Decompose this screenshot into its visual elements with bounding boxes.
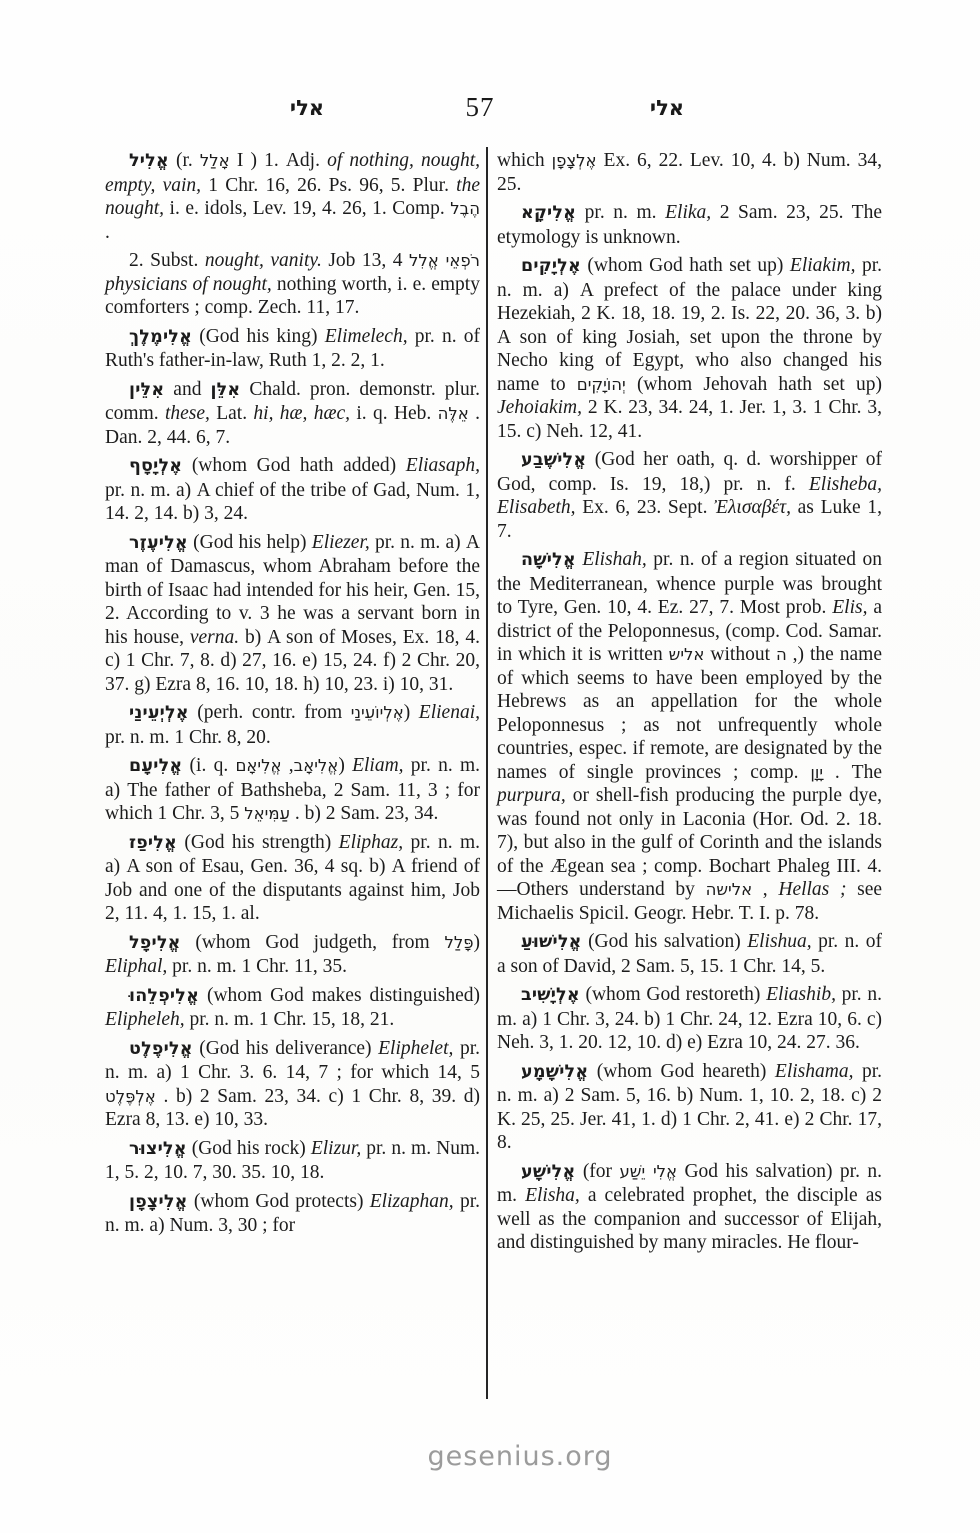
entry-text: I ) 1. Adj.	[230, 150, 327, 171]
hebrew-inline: אֱלִיאָם	[235, 756, 281, 775]
entry-text: (whom God judgeth, from	[181, 932, 445, 953]
entry-text: (whom Jehovah hath set up)	[626, 374, 882, 395]
entry-text: pr. n. m. a) A chief of the tribe of Gad…	[105, 480, 480, 525]
italic-text: Elizaphan,	[370, 1191, 454, 1212]
entry-text: pr. n. m. 1 Chr. 8, 20.	[105, 727, 271, 748]
entry-text: (God his help)	[188, 532, 312, 553]
italic-text: Elishama,	[775, 1061, 854, 1082]
italic-text: nought, vanity.	[205, 250, 322, 271]
hebrew-headword: אִלֵּן	[210, 380, 240, 400]
italic-text: Elizur,	[311, 1138, 361, 1159]
hebrew-inline: רֹפְאֵי אֱלִל	[409, 251, 480, 270]
hebrew-headword: אֱלִיצוּר	[129, 1139, 187, 1159]
entry-text: (r.	[169, 150, 200, 171]
hebrew-inline: עַמִּיאֵל	[244, 804, 290, 823]
footer-watermark: gesenius.org	[427, 1441, 612, 1472]
italic-text: Eliphaz,	[339, 832, 403, 853]
italic-text: these,	[165, 403, 210, 424]
hebrew-inline: פָּלַל	[444, 933, 473, 952]
entry-text: which	[497, 150, 552, 171]
entry-text: (God his strength)	[177, 832, 339, 853]
hebrew-inline: אֵלֶּה	[438, 404, 469, 423]
italic-text: Elipheleh,	[105, 1009, 185, 1030]
entry-text: Job 13, 4	[322, 250, 409, 271]
entry-text: (whom God makes distinguished)	[199, 985, 480, 1006]
scanned-lexicon-page: אלי 57 אלי אֱלִיל (r. אָלַל I ) 1. Adj. …	[0, 0, 980, 1533]
page-number: 57	[466, 92, 495, 123]
italic-text: Elienai,	[419, 702, 480, 723]
entry-text: (whom God restoreth)	[580, 984, 766, 1005]
column-divider	[486, 147, 488, 1399]
hebrew-headword: אֱלִיעָם	[129, 756, 182, 776]
italic-text: Eliphal,	[105, 956, 167, 977]
dictionary-entry: אֱלִיצוּר (God his rock) Elizur, pr. n. …	[105, 1137, 480, 1185]
greek-text: Ἐλισαβέτ,	[714, 497, 791, 518]
entry-text: (God his rock)	[187, 1138, 311, 1159]
entry-text: ,	[752, 879, 778, 900]
hebrew-headword: אֱלִישֶׁבַע	[521, 450, 586, 470]
hebrew-inline: יָוָן	[810, 763, 823, 782]
italic-text: Eliashib,	[766, 984, 836, 1005]
italic-text: Hellas ;	[778, 879, 846, 900]
dictionary-entry: אֶלְיָקִים (whom God hath set up) Eliaki…	[497, 254, 882, 443]
italic-text: Elishua,	[747, 931, 811, 952]
entry-text: (whom God hath added)	[182, 455, 406, 476]
entry-text: 1 Chr. 16, 26. Ps. 96, 5. Plur.	[201, 175, 456, 196]
hebrew-inline: יְהוֹיָקִים	[577, 375, 626, 394]
entry-text: . b) 2 Sam. 23, 34. c) 1 Chr. 8, 39. d) …	[105, 1086, 480, 1131]
italic-text: Eliakim,	[790, 255, 856, 276]
italic-text: verna.	[190, 627, 239, 648]
hebrew-inline: אָלַל	[200, 151, 230, 170]
hebrew-headword: אִלֵּין	[129, 380, 164, 400]
italic-text: Elisha,	[525, 1185, 580, 1206]
dictionary-entry: אֱלִישֶׁבַע (God her oath, q. d. worship…	[497, 448, 882, 543]
entry-text: )	[404, 702, 419, 723]
entry-text: (whom God hath set up)	[581, 255, 790, 276]
dictionary-entry: which אֶלְצָפָן Ex. 6, 22. Lev. 10, 4. b…	[497, 149, 882, 196]
entry-text: (God his deliverance)	[193, 1038, 378, 1059]
hebrew-inline: הֶבֶל	[450, 199, 480, 218]
hebrew-headword: אֱלִישׁוּעַ	[521, 932, 582, 952]
italic-text: purpura,	[497, 785, 566, 806]
dictionary-entry: אֱלִיפַז (God his strength) Eliphaz, pr.…	[105, 831, 480, 926]
dictionary-entry: אֶלְיָסָף (whom God hath added) Eliasaph…	[105, 454, 480, 526]
hebrew-inline: אֱלִיאָב	[294, 756, 339, 775]
hebrew-headword: אֱלִיפָל	[129, 933, 181, 953]
dictionary-entry: אֱלִישׁוּעַ (God his salvation) Elishua,…	[497, 930, 882, 978]
entry-text: (God his salvation)	[582, 931, 748, 952]
entry-text: . b) 2 Sam. 23, 34.	[290, 803, 438, 824]
hebrew-inline: אֱלִי יֵשַׁע	[619, 1162, 677, 1181]
dictionary-entry: אֱלִיעֶזֶר (God his help) Eliezer, pr. n…	[105, 531, 480, 697]
italic-text: hi, hæ, hæc,	[253, 403, 350, 424]
hebrew-headword: אֱלִיקָא	[521, 203, 576, 223]
entry-text: (whom God heareth)	[588, 1061, 775, 1082]
italic-text: Eliasaph,	[406, 455, 480, 476]
entry-text: ,	[282, 755, 294, 776]
column-right: which אֶלְצָפָן Ex. 6, 22. Lev. 10, 4. b…	[497, 149, 882, 1260]
column-left: אֱלִיל (r. אָלַל I ) 1. Adj. of nothing,…	[105, 149, 480, 1243]
dictionary-entry: אֱלִיפְלֵהוּ (whom God makes distinguish…	[105, 984, 480, 1032]
dictionary-entry: אֶלְיָשִׁיב (whom God restoreth) Eliashi…	[497, 983, 882, 1055]
hebrew-headword: אֱלִיפֶלֶט	[129, 1039, 193, 1059]
dictionary-entry: אֶלְיְעֵינַי (perh. contr. from אֶלְיוֹע…	[105, 701, 480, 749]
entry-text: and	[164, 379, 210, 400]
italic-text: Elishah,	[582, 549, 646, 570]
hebrew-headword: אֱלִיפַז	[129, 833, 177, 853]
entry-text: )	[474, 932, 481, 953]
hebrew-headword: אֱלִישָׁמָע	[521, 1062, 588, 1082]
italic-text: Elika,	[665, 202, 711, 223]
entry-text: pr. n. m. 1 Chr. 15, 18, 21.	[185, 1009, 395, 1030]
entry-text: pr. n. m. 1 Chr. 11, 35.	[167, 956, 347, 977]
hebrew-headword: אֱלִיפְלֵהוּ	[129, 986, 199, 1006]
entry-text: )	[338, 755, 352, 776]
entry-text: pr. n. m.	[576, 202, 665, 223]
dictionary-entry: אֱלִיפָל (whom God judgeth, from פָּלַל)…	[105, 931, 480, 979]
entry-text: (whom God protects)	[188, 1191, 370, 1212]
hebrew-inline: אֶלְיוֹעֵינַי	[351, 703, 404, 722]
dictionary-entry: אֱלִיצָפָן (whom God protects) Elizaphan…	[105, 1190, 480, 1238]
entry-text: (i. q.	[182, 755, 235, 776]
entry-text: i. e. idols, Lev. 19, 4. 26, 1. Comp.	[164, 198, 450, 219]
header-keyword-left: אלי	[290, 96, 324, 120]
hebrew-headword: אֶלְיָשִׁיב	[521, 985, 580, 1005]
hebrew-inline: אֶלְצָפָן	[552, 151, 597, 170]
hebrew-headword: אֱלִיל	[129, 151, 169, 171]
hebrew-headword: אֶלְיְעֵינַי	[129, 703, 189, 723]
entry-text: (perh. contr. from	[189, 702, 351, 723]
hebrew-headword: אֱלִיעֶזֶר	[129, 533, 188, 553]
hebrew-inline: אֶלְפֶּלֶט	[105, 1087, 156, 1106]
italic-text: Eliezer,	[312, 532, 370, 553]
hebrew-inline: אלישה	[706, 880, 753, 899]
italic-text: Elis,	[832, 597, 867, 618]
hebrew-headword: אֶלְיָסָף	[129, 456, 182, 476]
italic-text: Eliam,	[352, 755, 403, 776]
hebrew-headword: אֱלִישָׁע	[521, 1162, 575, 1182]
hebrew-inline: אליש	[669, 645, 705, 664]
dictionary-entry: אֱלִימֶלֶךְ (God his king) Elimelech, pr…	[105, 325, 480, 373]
dictionary-entry: אֱלִיל (r. אָלַל I ) 1. Adj. of nothing,…	[105, 149, 480, 244]
dictionary-entry: אִלֵּין and אִלֵּן Chald. pron. demonstr…	[105, 378, 480, 450]
hebrew-headword: אֶלְיָקִים	[521, 256, 581, 276]
entry-text: .	[105, 222, 110, 243]
entry-text: (God his king)	[192, 326, 325, 347]
entry-text: without	[704, 644, 776, 665]
dictionary-entry: אֱלִישָׁע (for אֱלִי יֵשַׁע God his salv…	[497, 1160, 882, 1255]
entry-text: 2. Subst.	[129, 250, 205, 271]
dictionary-entry: אֱלִישָׁמָע (whom God heareth) Elishama,…	[497, 1060, 882, 1155]
header-keyword-right: אלי	[650, 96, 684, 120]
dictionary-entry: 2. Subst. nought, vanity. Job 13, 4 רֹפְ…	[105, 249, 480, 320]
dictionary-entry: אֱלִישָׁה Elishah, pr. n. of a region si…	[497, 548, 882, 925]
hebrew-headword: אֱלִימֶלֶךְ	[129, 327, 192, 347]
hebrew-headword: אֱלִיצָפָן	[129, 1192, 188, 1212]
italic-text: Eliphelet,	[378, 1038, 453, 1059]
dictionary-entry: אֱלִיפֶלֶט (God his deliverance) Eliphel…	[105, 1037, 480, 1132]
hebrew-headword: אֱלִישָׁה	[521, 550, 576, 570]
entry-text: Lat.	[210, 403, 254, 424]
entry-text: . The	[823, 762, 882, 783]
dictionary-entry: אֱלִיעָם (i. q. אֱלִיאָב, אֱלִיאָם) Elia…	[105, 754, 480, 826]
dictionary-entry: אֱלִיקָא pr. n. m. Elika, 2 Sam. 23, 25.…	[497, 201, 882, 249]
italic-text: Jehoiakim,	[497, 397, 582, 418]
entry-text: (for	[575, 1161, 619, 1182]
italic-text: physicians of nought,	[105, 274, 272, 295]
hebrew-inline: ה	[776, 645, 787, 664]
italic-text: Elimelech,	[325, 326, 408, 347]
entry-text: i. q. Heb.	[350, 403, 438, 424]
entry-text: Ex. 6, 23. Sept.	[576, 497, 715, 518]
